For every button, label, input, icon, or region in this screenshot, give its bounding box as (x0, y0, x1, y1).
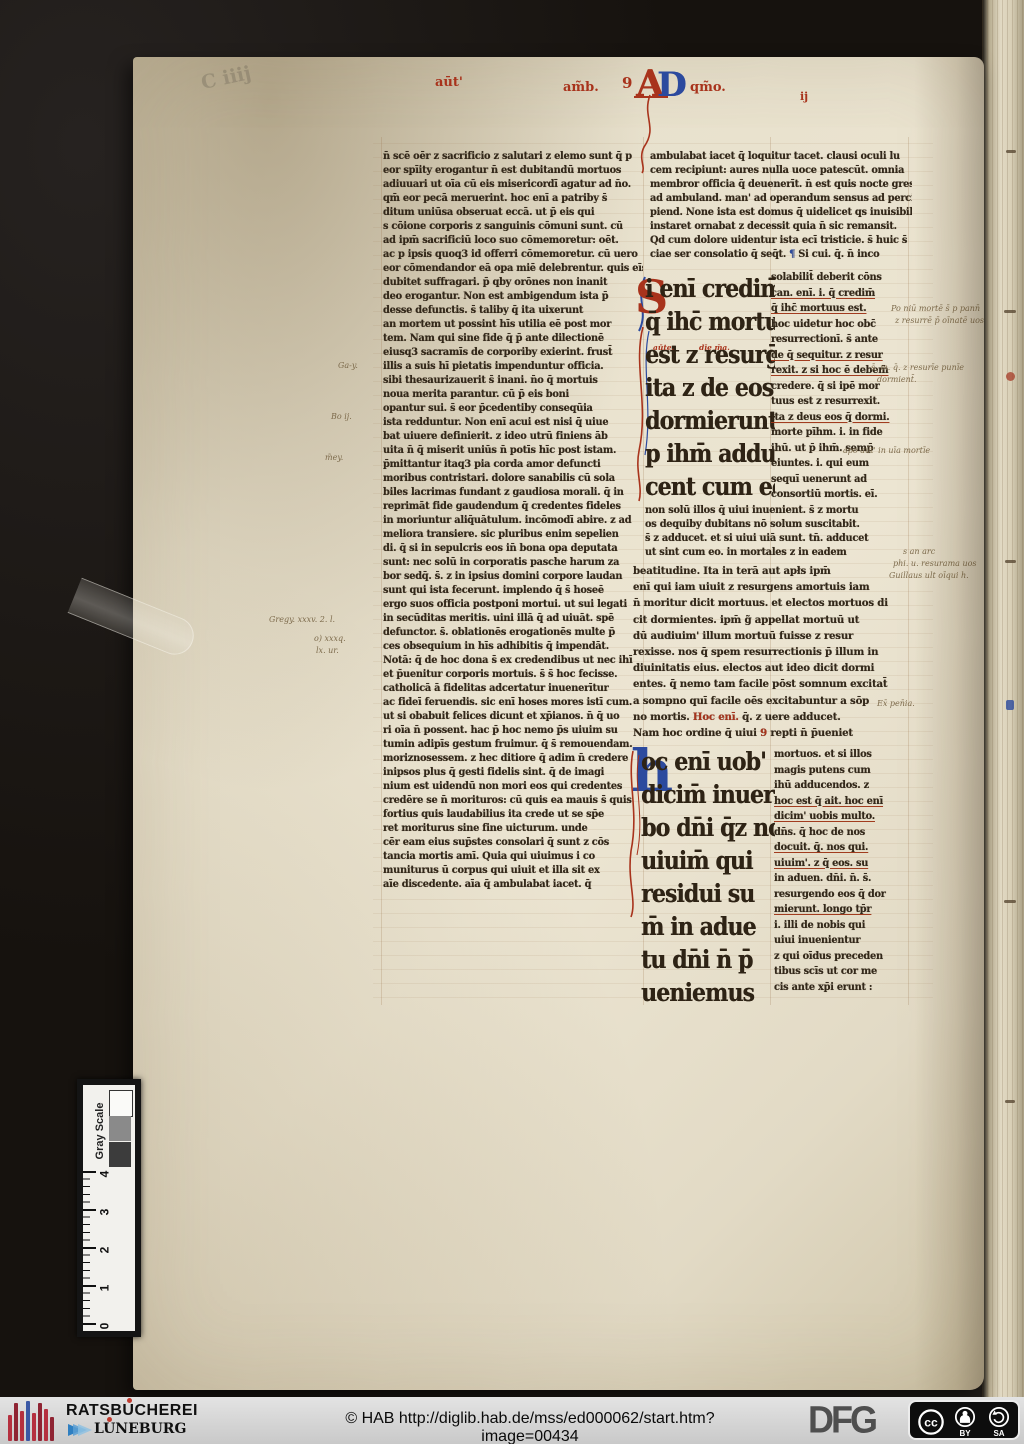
text-line: diuinitatis eius. electos aut ideo dicit… (633, 660, 911, 676)
text-line: in secūditas meritis. uini illā q̄ ad ui… (383, 612, 643, 626)
gray-scale-ruler: Gray Scale 43210 (77, 1079, 141, 1337)
text-line: qm̄ eor pecā meruerint. hoc enī a patrib… (383, 192, 643, 206)
text-line: dubitet suffragari. p̄ qby orōnes non in… (383, 276, 643, 290)
fore-edge-initial-blue (1006, 700, 1014, 710)
text-line: dicim' uobis multo. (774, 809, 910, 825)
text-segment: no mortis. (633, 711, 693, 723)
library-name-u-reddot: U (122, 1402, 134, 1419)
text-line: hoc uidetur hoc obc̄ (771, 317, 909, 333)
text-line: instaret ornabat z decessit quia n̄ sic … (650, 220, 912, 234)
image-caption-url: © HAB http://diglib.hab.de/mss/ed000062/… (300, 1410, 760, 1444)
gloss-column-right-1: solabilit̄ deberit cōnscan. enī. i. q̄ c… (771, 270, 909, 503)
text-line: fortius quis laudabilius ita crede ut se… (383, 808, 643, 822)
text-line: uiui inuenientur (774, 933, 910, 949)
text-line: tuus est z resurrexit. (771, 394, 909, 410)
library-stripes-logo (8, 1401, 60, 1441)
fore-edge-text-trace (1004, 310, 1016, 313)
text-line: moribus contristari. dolore sanabilis cū… (383, 472, 643, 486)
margin-note: Guillaus ult oīqui h. (889, 571, 969, 581)
text-segment: repti n̄ p̄ueniet (767, 727, 853, 739)
text-line: illis a suis hī pietatis impenduntur off… (383, 360, 643, 374)
text-segment: q̄. z uere adducet. (739, 711, 841, 723)
text-line: ista redduntur. Non enī acui est nisi q̄… (383, 416, 643, 430)
text-line: desse defunctis. s̄ taliby q̄ ita uixeru… (383, 304, 643, 318)
text-line: consortiū mortis. eī. (771, 487, 909, 503)
text-line: eiuntes. i. qui eum (771, 456, 909, 472)
library-name-u-reddot: U (103, 1421, 115, 1437)
ruler-numbers: 43210 (101, 1165, 131, 1331)
text-line: dū audiuim' illum mortuū fuisse z resur (633, 628, 911, 644)
fore-edge-text-trace (1004, 900, 1016, 903)
text-line: di. q̄ si in sepulcris eos in̄ bona opa … (383, 542, 643, 556)
text-line: i enī credim̄ (645, 272, 759, 305)
text-line: sequī uenerunt ad (771, 472, 909, 488)
gray-patch-white (109, 1090, 133, 1117)
lemma-2-verse: oc enī uob'dicim̄ inuerbo dn̄i q̄z nouiu… (641, 745, 775, 1015)
text-line: n̄ moritur dicit mortuus. et electos mor… (633, 595, 911, 611)
text-line: os dequiby dubitans nō solum suscitabit. (645, 518, 911, 532)
text-line: tumin adipīs gestum fruimur. q̄ s̄ remou… (383, 738, 643, 752)
text-line: can. enī. i. q̄ credim̄ (771, 286, 909, 302)
text-line: cit dormientes. ipm̄ g̃ appellat mortuū … (633, 612, 911, 628)
text-line: ad ambuland. man' ad operandum sensus ad… (650, 192, 912, 206)
column-rule (381, 137, 382, 1005)
manuscript-page: C iiij aūt' am̃b. 9 A D qm̃o. ij n̄ scē … (133, 57, 984, 1390)
text-line: dn̄s. q̄ hoc de nos (774, 825, 910, 841)
text-segment: ciae ser consolatio q̄ seq̄t. (650, 249, 789, 260)
fore-edge-text-trace (1006, 150, 1016, 153)
text-line: de q̄ sequitur. z resur (771, 348, 909, 364)
text-line: residui su (641, 877, 759, 910)
text-line: aīe discedente. aīa q̄ ambulabat iacet. … (383, 878, 643, 892)
cc-by-label: BY (955, 1429, 975, 1438)
text-line: q̄ ihc̄ mortui (645, 305, 759, 338)
running-header-abbrev: 9 (622, 74, 632, 92)
text-line: eor spīity erogantur n̄ est dubitandū mo… (383, 164, 643, 178)
margin-note: phi. u. resurama uos (893, 559, 977, 569)
text-line: tancia mortis amī. Quia qui uiuimus i co (383, 850, 643, 864)
text-line: an mortem ut possint hīs utilia eē post … (383, 318, 643, 332)
gloss-block-center: non solū illos q̄ uiui inuenient̄. s̄ z … (645, 504, 911, 563)
text-line: i. illi de nobis qui (774, 918, 910, 934)
text-line: biles lacrimas fundant z gaudiosa morali… (383, 486, 643, 500)
text-line: dicim̄ inuer (641, 778, 759, 811)
text-line: 3 (97, 1209, 111, 1216)
text-line: ita z de eos q̄ (645, 371, 759, 404)
text-line: piend. None ista est domus q̄ uidelicet … (650, 206, 912, 220)
text-line: inipsos plus q̄ gesti fidelis sint. q̄ d… (383, 766, 643, 780)
text-line: ad ipm̄ sacrificiū loco suo cōmemoretur:… (383, 234, 643, 248)
text-line: p̄mittantur itaq3 pia corda amor defunct… (383, 458, 643, 472)
text-line: s̄ z adducet. et si uiui uiā sunt. tn̄. … (645, 532, 911, 546)
text-segment: Nam hoc ordine q̄ uiui (633, 727, 760, 739)
text-line: enī qui iam uiuit z resurgens amortuis i… (633, 579, 911, 595)
text-line: mortuos. et si illos (774, 747, 910, 763)
text-line: opantur sui. s̄ eor p̄cedentiby conseqūi… (383, 402, 643, 416)
text-line: ri oīa n̄ possent. hac p̄ hoc nemo p̄s u… (383, 724, 643, 738)
text-line: credēre se n̄ morituros: cū quis ea maui… (383, 794, 643, 808)
text-line: moriznosessem. z hec ditiore q̄ adim n̄ … (383, 752, 643, 766)
text-line: beatitudine. Ita in terā aut apłs ipm̄ (633, 563, 911, 579)
text-line: ergo suos officia postponi mortui. ut su… (383, 598, 643, 612)
text-line: n̄ scē oēr z sacrificio z salutari z ele… (383, 150, 643, 164)
interlinear-gloss-red: aūte. (653, 343, 674, 352)
text-line: Qd cum dolore uidentur ista ecī tristici… (650, 234, 912, 248)
text-line: uiuim̄ qui (641, 844, 759, 877)
running-header-mid: am̃b. (563, 80, 599, 95)
margin-note: z resurrē p̄ oīnatē uos (895, 316, 984, 326)
text-line: ac fideī feruendis. sic enī hoses mores … (383, 696, 643, 710)
text-line: in aduen. dn̄i. n̄. s̄. (774, 871, 910, 887)
text-line: a sompno quī facile oēs excitabuntur a s… (633, 693, 911, 709)
manuscript-scan-viewport: C iiij aūt' am̃b. 9 A D qm̃o. ij n̄ scē … (0, 0, 1024, 1444)
margin-note: apo aūt' in uīa mortīe (843, 446, 930, 456)
text-line: tu dn̄i n̄ p̄ (641, 943, 759, 976)
rubric-segment: Hoc enī. (693, 711, 739, 723)
gloss-column-left: n̄ scē oēr z sacrificio z salutari z ele… (383, 150, 643, 996)
text-line: ut sint cum eo. in mortales z in eadem (645, 546, 911, 560)
ruler-face: Gray Scale 43210 (83, 1085, 135, 1331)
text-line: cēr eam eius sup̄stes consolari q̄ sunt … (383, 836, 643, 850)
running-header-right: qm̃o. (690, 80, 726, 95)
cc-license-badge: cc BY SA (908, 1400, 1020, 1440)
text-line: non solū illos q̄ uiui inuenient̄. s̄ z … (645, 504, 911, 518)
book-fore-edge (982, 0, 1024, 1397)
text-line: resurrectionī. s̄ ante (771, 332, 909, 348)
text-line: resurgendo eos q̄ dor (774, 887, 910, 903)
library-name-part: NEBURG (115, 1421, 186, 1437)
text-line: ciae ser consolatio q̄ seq̄t. ¶ Si cui. … (650, 248, 912, 262)
library-name-part: CHEREI (134, 1402, 197, 1419)
gloss-column-right-2: mortuos. et si illosmagis putens cumihū … (774, 747, 910, 1010)
text-line: eor cōmendandor eā opa miē delebrentur. … (383, 262, 643, 276)
text-line: cent cum eo. (645, 470, 759, 503)
margin-note: Ex̄ pen̄ia. (877, 699, 915, 709)
text-line: tibus scīs ut cor me (774, 964, 910, 980)
text-line: solabilit̄ deberit cōns (771, 270, 909, 286)
dfg-logo: DFG (808, 1398, 875, 1442)
library-name-line1: RATSBUCHEREI (66, 1402, 198, 1420)
text-line: in moriuntur aliq̄uātulum. incōmodī abir… (383, 514, 643, 528)
text-line: ditum uniūsa obseruat eccā. ut p̄ eis qu… (383, 206, 643, 220)
text-line: dormierunt (645, 404, 759, 437)
gloss-block-lower-wide: beatitudine. Ita in terā aut apłs ipm̄en… (633, 563, 911, 743)
margin-note: o) xxxq. (314, 634, 346, 644)
margin-note: m̃ey. (325, 453, 343, 463)
margin-note: s̄. m. q̄. z resurīe punīe (871, 363, 964, 373)
library-logo: RATSBUCHEREI LUNEBURG (66, 1402, 198, 1437)
margin-note: s an arc (903, 547, 935, 557)
margin-note: lx. ur. (316, 646, 339, 656)
gray-patch-mid (109, 1116, 131, 1141)
text-line: ces obsequium in hīs adhibitis q̄ impend… (383, 640, 643, 654)
text-line: ambulabat iacet q̄ loquitur tacet. claus… (650, 150, 912, 164)
rubric-segment: 9 (760, 727, 767, 739)
library-name-line2: LUNEBURG (94, 1421, 198, 1437)
margin-note: Gregy. xxxv. 2. l. (269, 615, 335, 625)
gray-patch-dark (109, 1142, 131, 1167)
text-line: muniturus ū corpus qui uiuit et illa sit… (383, 864, 643, 878)
text-line: defunctor. s̄. oblationēs erogationēs mu… (383, 626, 643, 640)
text-line: no mortis. Hoc enī. q̄. z uere adducet. (633, 709, 911, 725)
ruler-label: Gray Scale (94, 1086, 106, 1176)
text-line: magis putens cum (774, 763, 910, 779)
text-line: ac p ipsis quoq3 id offerri cōmemoretur.… (383, 248, 643, 262)
svg-text:cc: cc (924, 1416, 938, 1430)
text-line: sibi thesaurizauerit s̄ inani. n̄o q̄ mo… (383, 374, 643, 388)
text-line: 0 (97, 1323, 111, 1330)
text-line: adiuuari ut oīa cū eis misericordī agatu… (383, 178, 643, 192)
ruler-ticks-major (83, 1171, 96, 1329)
margin-note: Bo ij. (331, 412, 352, 422)
text-line: bor sedq̄. s̄. z in ipsius domini corpor… (383, 570, 643, 584)
cc-icon: cc (917, 1408, 945, 1436)
text-line: entes. q̄ nemo tam facile pōst somnum ex… (633, 676, 911, 692)
fore-edge-initial-red (1006, 372, 1015, 381)
text-line: rexisse. nos q̄ spem resurrectionis p̄ i… (633, 644, 911, 660)
text-line: bat uiuere definierit. z ideo utrū finie… (383, 430, 643, 444)
text-line: sunt qui ista fecerunt. implendo q̄ s̄ h… (383, 584, 643, 598)
text-line: ut si obabuit felices dicunt et xp̄ianos… (383, 710, 643, 724)
margin-note: Po niū mortē s̄ p pann̄ (891, 304, 980, 314)
library-name-part: RATSB (66, 1402, 122, 1419)
text-line: membror officia q̄ deuenerīt. n̄ est qui… (650, 178, 912, 192)
lemma-1-verse: i enī credim̄q̄ ihc̄ mortuiest z resurḡe… (645, 272, 775, 505)
text-line: uita n̄ q̄ miserit uniūs n̄ potīs hīc po… (383, 444, 643, 458)
fore-edge-text-trace (1005, 1100, 1015, 1103)
text-line: s cōione corporis z sanguinis cōmuni sun… (383, 220, 643, 234)
footer-bar: RATSBUCHEREI LUNEBURG © HAB http://digli… (0, 1397, 1024, 1444)
text-line: q̄ ihc̄ mortuus est. (771, 301, 909, 317)
cc-by-person-icon (954, 1406, 976, 1428)
text-line: p ihm̄ addu (645, 437, 759, 470)
text-line: docuit. q̄. nos qui. (774, 840, 910, 856)
fore-edge-text-trace (1005, 560, 1016, 563)
margin-note: dormient̄. (877, 375, 917, 385)
text-line: hoc est q̄ ait. hoc enī (774, 794, 910, 810)
cc-sa-label: SA (989, 1429, 1009, 1438)
text-line: et p̄uenitur corporis mortuis. s̄ s̄ hoc… (383, 668, 643, 682)
text-line: Notā: q̄ de hoc dona s̄ ex credendibus u… (383, 654, 643, 668)
text-line: meliora transiere. sic pluribus enim sep… (383, 528, 643, 542)
text-line: tem. Nam qui sine fide q̄ p̄ ante dilect… (383, 332, 643, 346)
text-line: ihū adducendos. z (774, 778, 910, 794)
text-line: morte pīhm. i. in fide (771, 425, 909, 441)
text-line: bo dn̄i q̄z no (641, 811, 759, 844)
text-line: m̄ in adue (641, 910, 759, 943)
running-header-quire-mark: ij (800, 90, 808, 103)
interlinear-gloss-red: dīe m̄a. (699, 343, 730, 352)
text-line: reprimāt fide gaudendum q̄ credentes fid… (383, 500, 643, 514)
text-line: catholicā ā fidelitas adcertatur inuener… (383, 682, 643, 696)
text-line: 4 (97, 1171, 111, 1178)
text-line: ret moriturus sine fine uicturum. unde (383, 822, 643, 836)
text-line: ita z deus eos q̄ dormi. (771, 410, 909, 426)
text-line: eiusq3 sacramīs de corporiby exierint. f… (383, 346, 643, 360)
text-line: 1 (97, 1285, 111, 1292)
text-line: Nam hoc ordine q̄ uiui 9 repti n̄ p̄ueni… (633, 725, 911, 741)
running-header-left: aūt' (435, 75, 463, 90)
text-line: cis ante xp̄i erunt : (774, 980, 910, 996)
text-line: deo erogantur. Non est ambigendum ista p… (383, 290, 643, 304)
library-name-part: L (94, 1421, 103, 1437)
text-line: sunt: nec solū in corporatis pasche haru… (383, 556, 643, 570)
text-segment: Si cui. q̄. n̄ inco (795, 249, 879, 260)
folio-pencil-mark: C iiij (199, 62, 253, 94)
text-line: nium est uidendū non mori eos qui creden… (383, 780, 643, 794)
text-line: 2 (97, 1247, 111, 1254)
text-line: cem recipiunt: aures nulla uoce patescūt… (650, 164, 912, 178)
cc-sa-arrow-icon (988, 1406, 1010, 1428)
text-line: z qui oīdus preceden (774, 949, 910, 965)
text-line: oc enī uob' (641, 745, 759, 778)
text-line: ueniemus (641, 976, 759, 1009)
text-line: noua merita parantur. cū p̄ eis boni (383, 388, 643, 402)
margin-note: Ga-y. (338, 361, 358, 371)
gloss-block-top-right: ambulabat iacet q̄ loquitur tacet. claus… (650, 150, 912, 269)
text-line: mierunt. longo tp̄r (774, 902, 910, 918)
text-line: uiuim'. z q̄ eos. su (774, 856, 910, 872)
